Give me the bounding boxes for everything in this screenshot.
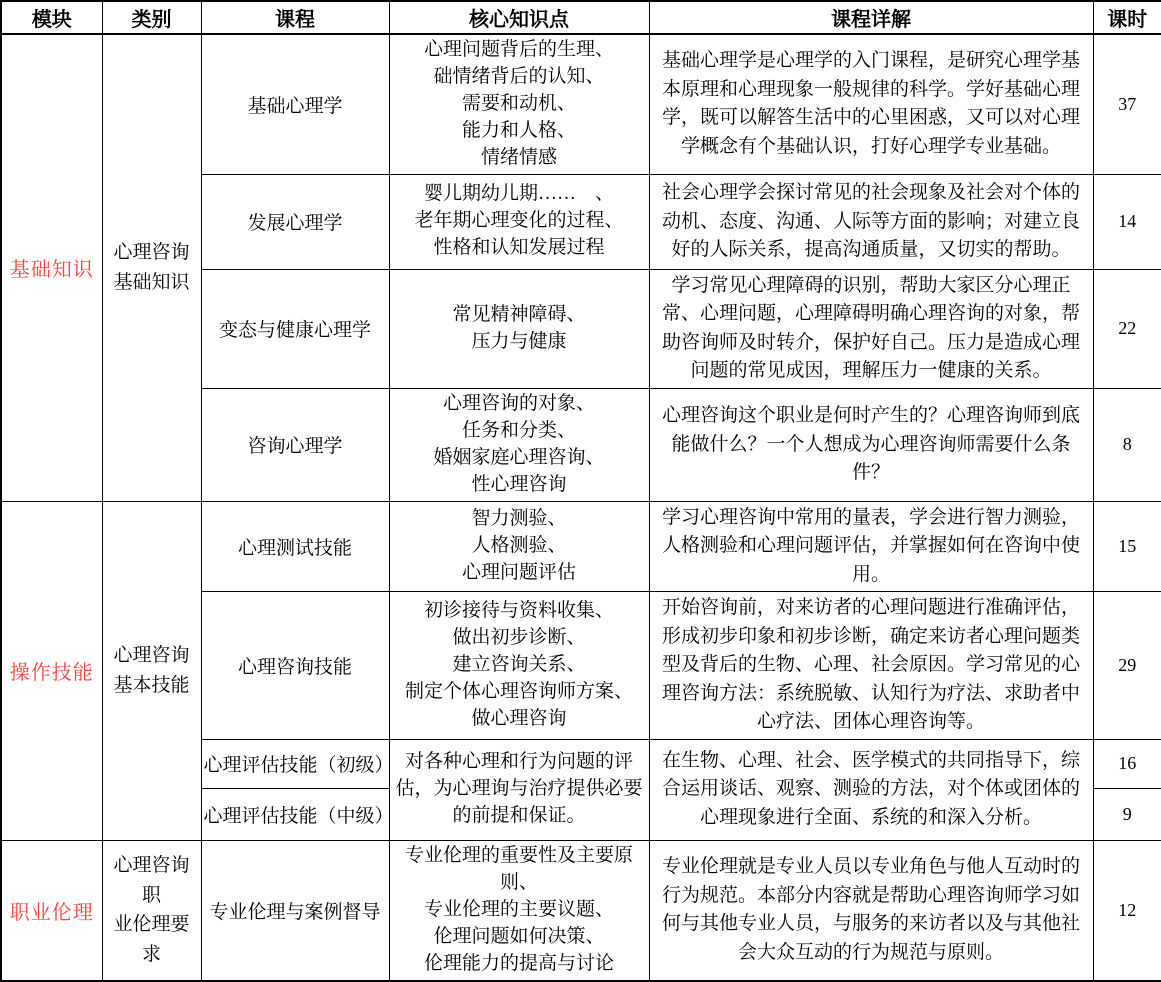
course-cell: 基础心理学 <box>201 34 389 174</box>
table-row: 职业伦理 心理咨询职业伦理要求 专业伦理与案例督导 专业伦理的重要性及主要原则、… <box>1 840 1161 980</box>
detail-cell: 学习心理咨询中常用的量表，学会进行智力测验，人格测验和心理问题评估，并掌握如何在… <box>649 501 1093 592</box>
hours-cell: 16 <box>1093 739 1161 788</box>
knowledge-cell: 婴儿期幼儿期…… 、老年期心理变化的过程、性格和认知发展过程 <box>389 174 649 269</box>
table-row: 基础知识 心理咨询基础知识 基础心理学 心理问题背后的生理、础情绪背后的认知、需… <box>1 34 1161 174</box>
header-detail: 课程详解 <box>649 1 1093 34</box>
detail-cell: 基础心理学是心理学的入门课程，是研究心理学基本原理和心理现象一般规律的科学。学好… <box>649 34 1093 174</box>
module-cell-basic-knowledge: 基础知识 <box>1 34 102 501</box>
detail-cell: 专业伦理就是专业人员以专业角色与他人互动时的行为规范。本部分内容就是帮助心理咨询… <box>649 840 1093 980</box>
header-knowledge: 核心知识点 <box>389 1 649 34</box>
hours-cell: 29 <box>1093 592 1161 740</box>
category-cell-practical-skills: 心理咨询基本技能 <box>102 501 201 840</box>
header-hours: 课时 <box>1093 1 1161 34</box>
course-cell: 专业伦理与案例督导 <box>201 840 389 980</box>
module-cell-professional-ethics: 职业伦理 <box>1 840 102 980</box>
hours-cell: 9 <box>1093 788 1161 840</box>
knowledge-cell: 对各种心理和行为问题的评估，为心理询与治疗提供必要的前提和保证。 <box>389 739 649 840</box>
detail-cell: 社会心理学会探讨常见的社会现象及社会对个体的动机、态度、沟通、人际等方面的影响；… <box>649 174 1093 269</box>
course-cell: 心理测试技能 <box>201 501 389 592</box>
hours-cell: 37 <box>1093 34 1161 174</box>
header-course: 课程 <box>201 1 389 34</box>
knowledge-cell: 初诊接待与资料收集、做出初步诊断、建立咨询关系、制定个体心理咨询师方案、做心理咨… <box>389 592 649 740</box>
hours-cell: 12 <box>1093 840 1161 980</box>
course-cell: 心理咨询技能 <box>201 592 389 740</box>
knowledge-cell: 智力测验、人格测验、心理问题评估 <box>389 501 649 592</box>
detail-cell: 心理咨询这个职业是何时产生的？心理咨询师到底能做什么？一个人想成为心理咨询师需要… <box>649 388 1093 501</box>
header-category: 类别 <box>102 1 201 34</box>
course-cell: 咨询心理学 <box>201 388 389 501</box>
hours-cell: 14 <box>1093 174 1161 269</box>
knowledge-cell: 专业伦理的重要性及主要原则、专业伦理的主要议题、伦理问题如何决策、伦理能力的提高… <box>389 840 649 980</box>
course-curriculum-table: 模块 类别 课程 核心知识点 课程详解 课时 基础知识 心理咨询基础知识 基础心… <box>0 0 1161 982</box>
course-cell: 心理评估技能（初级） <box>201 739 389 788</box>
knowledge-cell: 心理问题背后的生理、础情绪背后的认知、需要和动机、能力和人格、情绪情感 <box>389 34 649 174</box>
table-header-row: 模块 类别 课程 核心知识点 课程详解 课时 <box>1 1 1161 34</box>
hours-cell: 8 <box>1093 388 1161 501</box>
detail-cell: 学习常见心理障碍的识别，帮助大家区分心理正常、心理问题，心理障碍明确心理咨询的对… <box>649 269 1093 388</box>
detail-cell: 开始咨询前，对来访者的心理问题进行准确评估，形成初步印象和初步诊断，确定来访者心… <box>649 592 1093 740</box>
category-cell-basic-knowledge: 心理咨询基础知识 <box>102 34 201 501</box>
hours-cell: 22 <box>1093 269 1161 388</box>
course-cell: 发展心理学 <box>201 174 389 269</box>
module-cell-practical-skills: 操作技能 <box>1 501 102 840</box>
course-cell: 心理评估技能（中级） <box>201 788 389 840</box>
knowledge-cell: 常见精神障碍、压力与健康 <box>389 269 649 388</box>
course-cell: 变态与健康心理学 <box>201 269 389 388</box>
knowledge-cell: 心理咨询的对象、任务和分类、婚姻家庭心理咨询、性心理咨询 <box>389 388 649 501</box>
header-module: 模块 <box>1 1 102 34</box>
hours-cell: 15 <box>1093 501 1161 592</box>
table-row: 操作技能 心理咨询基本技能 心理测试技能 智力测验、人格测验、心理问题评估 学习… <box>1 501 1161 592</box>
detail-cell: 在生物、心理、社会、医学模式的共同指导下，综合运用谈话、观察、测验的方法，对个体… <box>649 739 1093 840</box>
category-cell-professional-ethics: 心理咨询职业伦理要求 <box>102 840 201 980</box>
